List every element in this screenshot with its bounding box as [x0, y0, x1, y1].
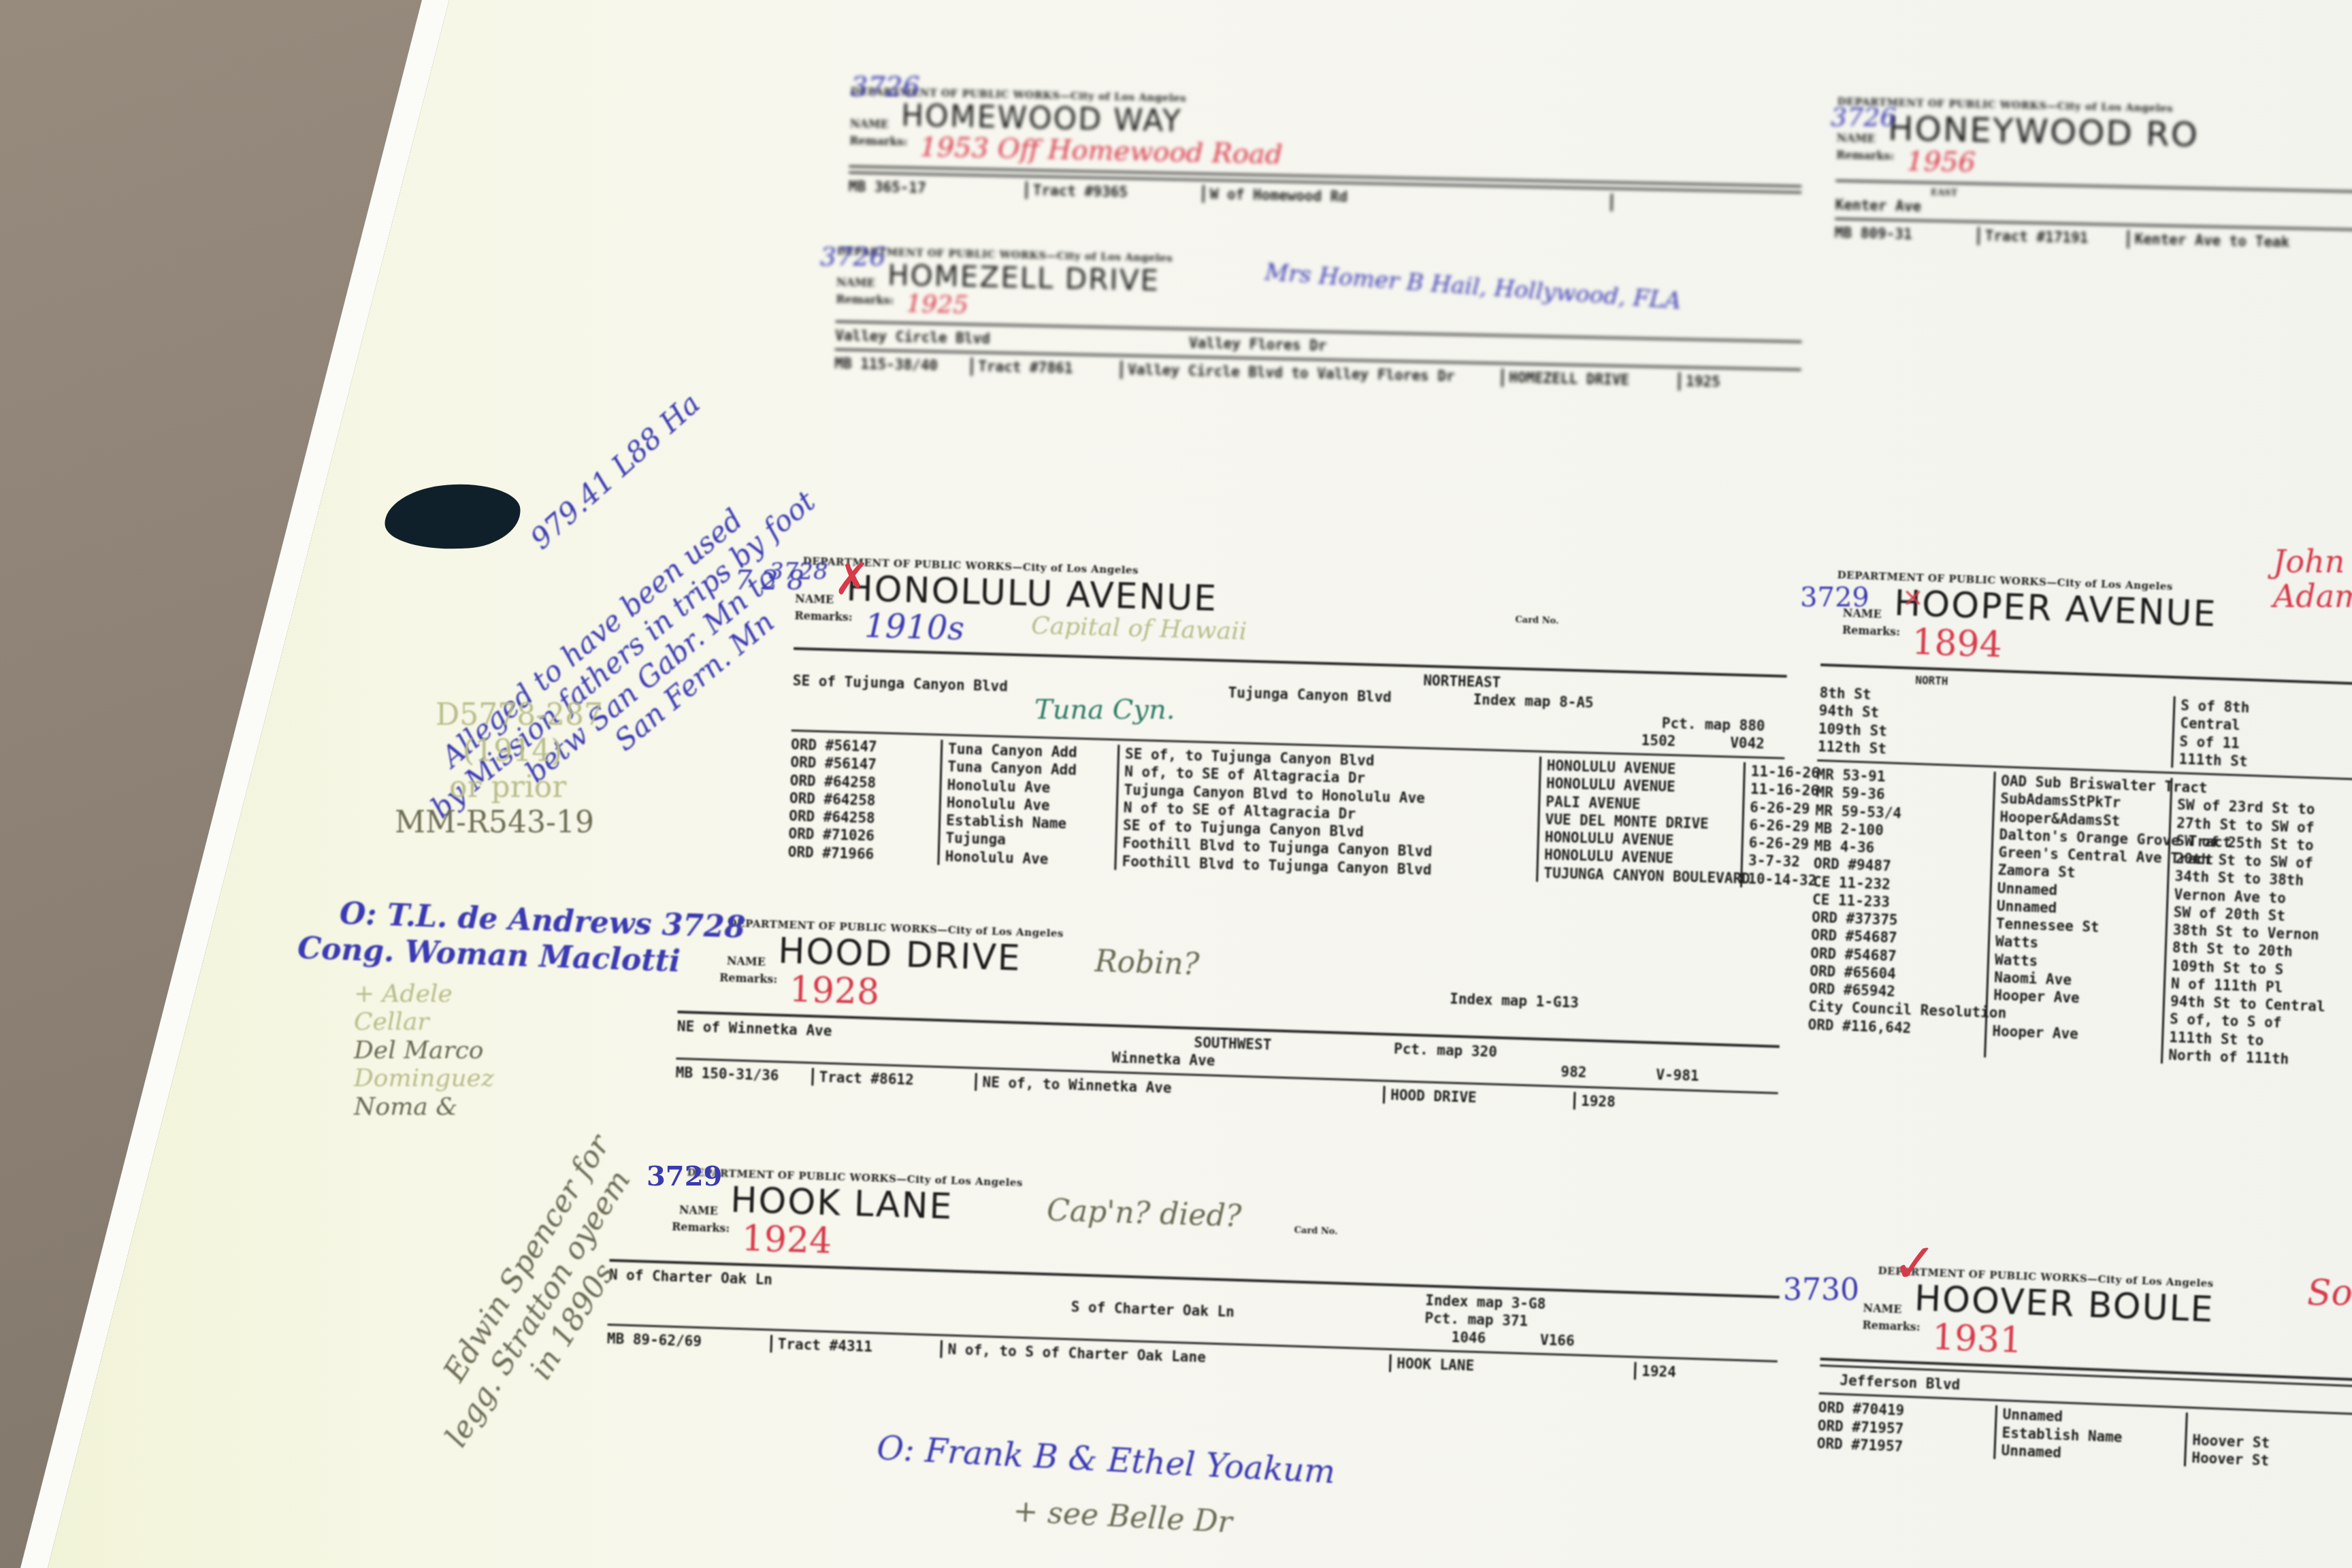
note-line: Del Marco: [354, 1036, 494, 1064]
card-hood-drive: DEPARTMENT OF PUBLIC WORKS—City of Los A…: [675, 915, 1782, 1116]
to-street: Valley Flores Dr: [1189, 334, 1543, 359]
pct-map-label: Pct. map: [1394, 1041, 1463, 1059]
pct-map: 371: [1502, 1312, 1529, 1329]
card-hooper-avenue: DEPARTMENT OF PUBLIC WORKS—City of Los A…: [1807, 568, 2352, 1073]
remarks-label: Remarks:: [1836, 148, 1895, 163]
card-hook-lane: DEPARTMENT OF PUBLIC WORKS—City of Los A…: [607, 1164, 1783, 1384]
remarks-label: Remarks:: [1821, 1317, 1921, 1334]
remark-handwritten: 1925: [906, 290, 968, 319]
remark-handwritten: 1924: [741, 1218, 832, 1262]
card-number: 3729: [1800, 582, 1869, 613]
district-map: V-981: [1656, 1066, 1699, 1085]
index-map: 1-G13: [1535, 994, 1579, 1011]
reference: MB 115-38/40: [834, 355, 971, 375]
note-line: (1914): [463, 734, 603, 770]
card-homewood-way: DEPARTMENT OF PUBLIC WORKS—City of Los A…: [849, 85, 1803, 216]
note-line: + Adele: [354, 980, 494, 1008]
origin: Tract #9365: [1026, 181, 1203, 203]
district-map: V166: [1540, 1330, 1575, 1350]
remarks-label: Remarks:: [849, 134, 908, 148]
handwritten-annotation: Robin?: [1094, 944, 1200, 982]
card-number: 3730: [1783, 1273, 1859, 1307]
division: 1046: [1451, 1328, 1486, 1347]
date: 1928: [1573, 1092, 1669, 1113]
card-no-label: Card No.: [1294, 1226, 1338, 1237]
reference-note: D5778-287 (1914) or prior MM-R543-19: [436, 698, 603, 841]
handwritten-annotation: Cap'n? died?: [1046, 1193, 1242, 1234]
division: 982: [1561, 1063, 1656, 1084]
remark-handwritten: 1928: [789, 969, 880, 1013]
index-map: 8-A5: [1559, 694, 1594, 711]
pct-map-label: Pct. map: [1662, 715, 1731, 733]
limits-entry: S of 8th: [2180, 696, 2250, 717]
direction: SOUTHWEST: [1194, 1034, 1272, 1054]
origin-note: Tuna Cyn.: [1034, 694, 1175, 725]
pct-map: 320: [1471, 1043, 1498, 1060]
remark-handwritten: 1931: [1931, 1317, 2023, 1361]
remark-handwritten: 1894: [1911, 622, 2002, 666]
date: 1925: [1678, 372, 1761, 392]
name-label: NAME: [850, 117, 889, 131]
handwritten-annotation: Capital of Hawaii: [1031, 612, 1247, 646]
limits-entry: Central: [2180, 715, 2249, 735]
pct-map-label: Pct. map: [1424, 1310, 1494, 1328]
index-map-label: Index map: [1450, 991, 1527, 1010]
card-number: 3726: [820, 242, 886, 272]
date: 1924: [1634, 1362, 1730, 1383]
name-label: NAME: [836, 276, 875, 289]
owner-list: + Adele Cellar Del Marco Dominguez Noma …: [354, 980, 494, 1121]
direction: NORTHEAST: [1423, 672, 1501, 691]
reference: MB 809-31: [1834, 224, 1978, 245]
remarks-label: Remarks:: [836, 293, 894, 307]
card-honolulu-avenue: DEPARTMENT OF PUBLIC WORKS—City of Los A…: [787, 555, 1789, 888]
origin: Tract #7861: [970, 357, 1121, 378]
remark-handwritten: 1956: [1906, 146, 1976, 178]
remark-handwritten: 1910s: [864, 607, 965, 648]
index-map-label: Index map: [1473, 691, 1550, 710]
card-no-label: Card No.: [1515, 615, 1558, 627]
x-mark: ×: [1902, 582, 1924, 612]
origin: Tract #17191: [1977, 227, 2127, 248]
name-label: NAME: [1836, 131, 1875, 145]
index-map: 3-G8: [1511, 1295, 1546, 1313]
card-number: 3726: [1831, 102, 1897, 132]
direction-faded: [793, 654, 885, 674]
note-line: Cellar: [354, 1008, 494, 1036]
division: 1502: [1641, 732, 1676, 751]
pct-map: 880: [1739, 717, 1765, 734]
card-number: 3726: [851, 71, 920, 103]
catalog-note: 7 2 8: [735, 565, 804, 596]
note-line: MM-R543-19: [395, 805, 603, 841]
from-street: Valley Circle Blvd: [835, 327, 1189, 352]
check-mark: ✓: [1892, 1232, 1938, 1295]
side-note: So: [2307, 1273, 2352, 1313]
remark-handwritten: 1953 Off Homewood Road: [919, 131, 1283, 170]
note-line: Noma &: [354, 1093, 494, 1121]
limits-entry: 111th St: [2178, 750, 2248, 770]
note-line: D5778-287: [436, 698, 603, 734]
name-entry: HOMEZELL DRIVE: [1501, 369, 1678, 391]
note-line: Dominguez: [354, 1064, 494, 1092]
remarks-label: Remarks:: [1822, 623, 1901, 638]
index-map-label: Index map: [1425, 1292, 1503, 1311]
district-map: V042: [1730, 734, 1765, 753]
reference: MB 365-17: [849, 178, 1026, 199]
card-honeywood-road: DEPARTMENT OF PUBLIC WORKS—City of Los A…: [1834, 95, 2352, 253]
note-line: or prior: [449, 770, 603, 806]
side-note: John Adams: [2273, 544, 2352, 613]
limits-entry: S of 11: [2179, 732, 2249, 753]
